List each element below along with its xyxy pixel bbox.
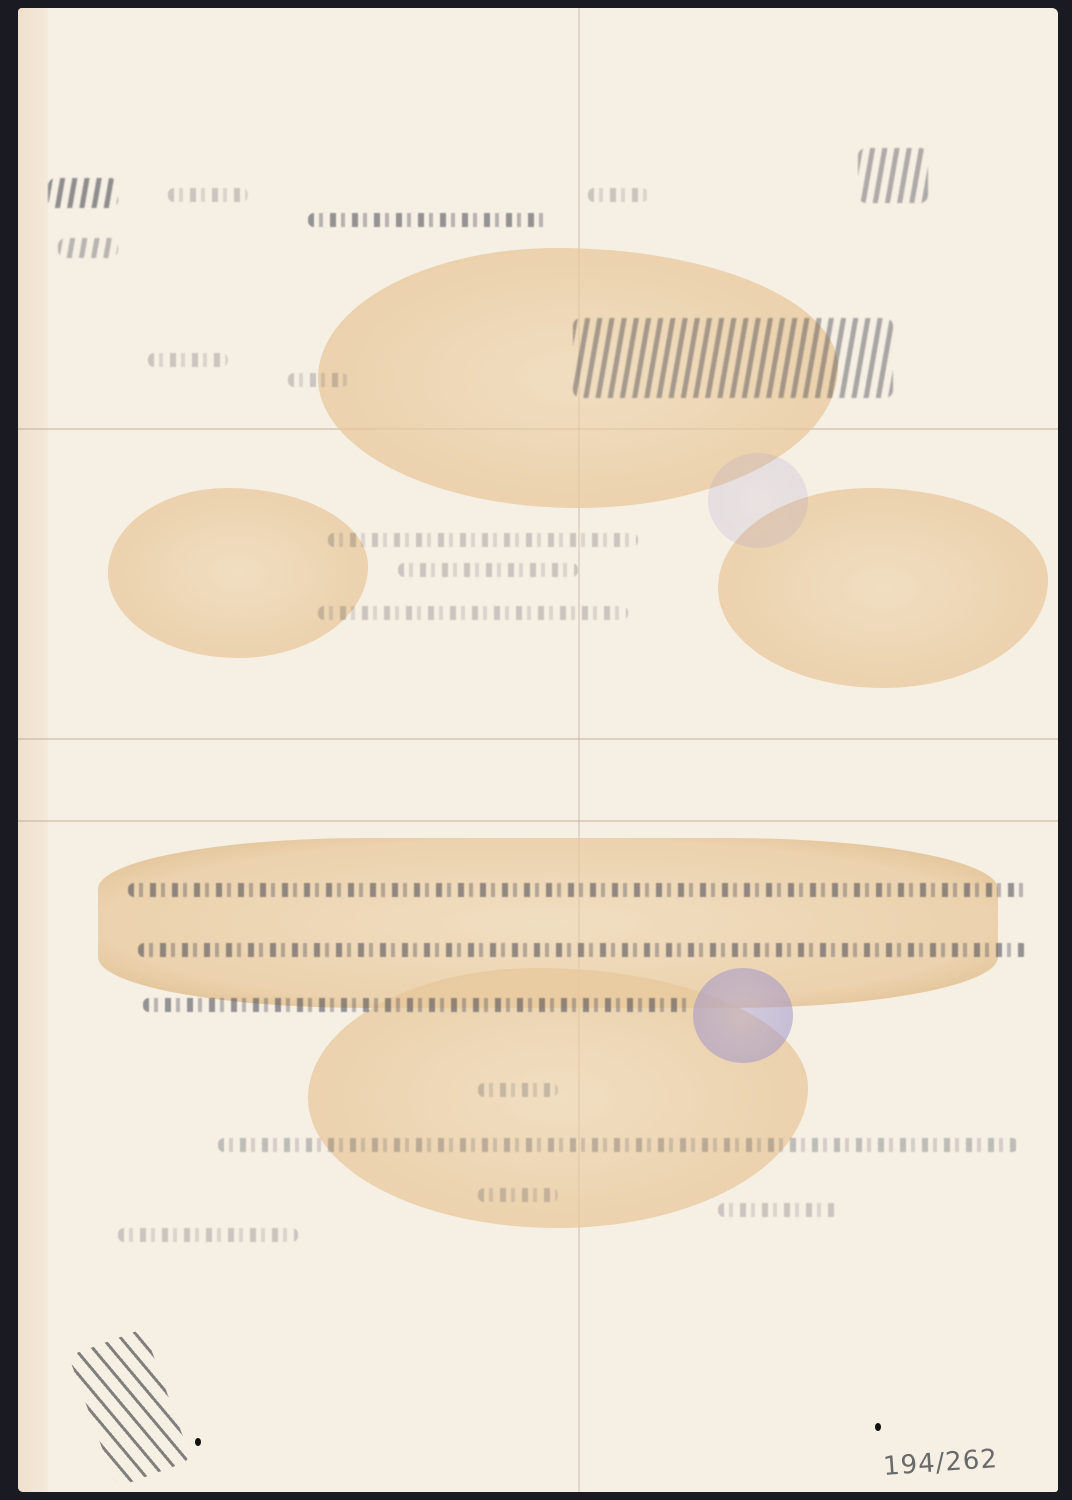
header-script-line [168,188,248,202]
footer-numerals [118,1228,298,1242]
faint-body-line [318,606,628,620]
margin-note-handwriting [68,1329,191,1488]
side-notation [288,373,348,387]
footer-heading [478,1083,558,1097]
footer-text-line [478,1188,558,1202]
fold-line-vertical [578,8,580,1492]
body-text-line-2 [138,943,1028,957]
seal-impression [693,968,793,1063]
ink-dot [195,1438,201,1446]
faint-body-line [328,533,638,547]
header-script-line [588,188,648,202]
side-notation [148,353,228,367]
body-text-line-3 [143,998,693,1012]
header-script-left-2 [58,238,118,258]
header-script-line [308,213,548,227]
water-stain-left [108,488,368,658]
central-notation-block [573,318,893,398]
faint-body-line [398,563,578,577]
body-text-line-1 [128,883,1028,897]
fold-line-middle [18,738,1058,740]
manuscript-page: 194/262 [18,8,1058,1492]
ink-dot [875,1423,881,1431]
seal-impression-faint [708,453,808,548]
fold-line-lower [18,820,1058,822]
header-script-right [858,148,928,203]
header-script-left [48,178,118,208]
footer-signature [718,1203,838,1217]
footer-text-line [218,1138,1018,1152]
archive-reference-number: 194/262 [882,1444,999,1482]
paper-left-margin-strip [18,8,48,1492]
